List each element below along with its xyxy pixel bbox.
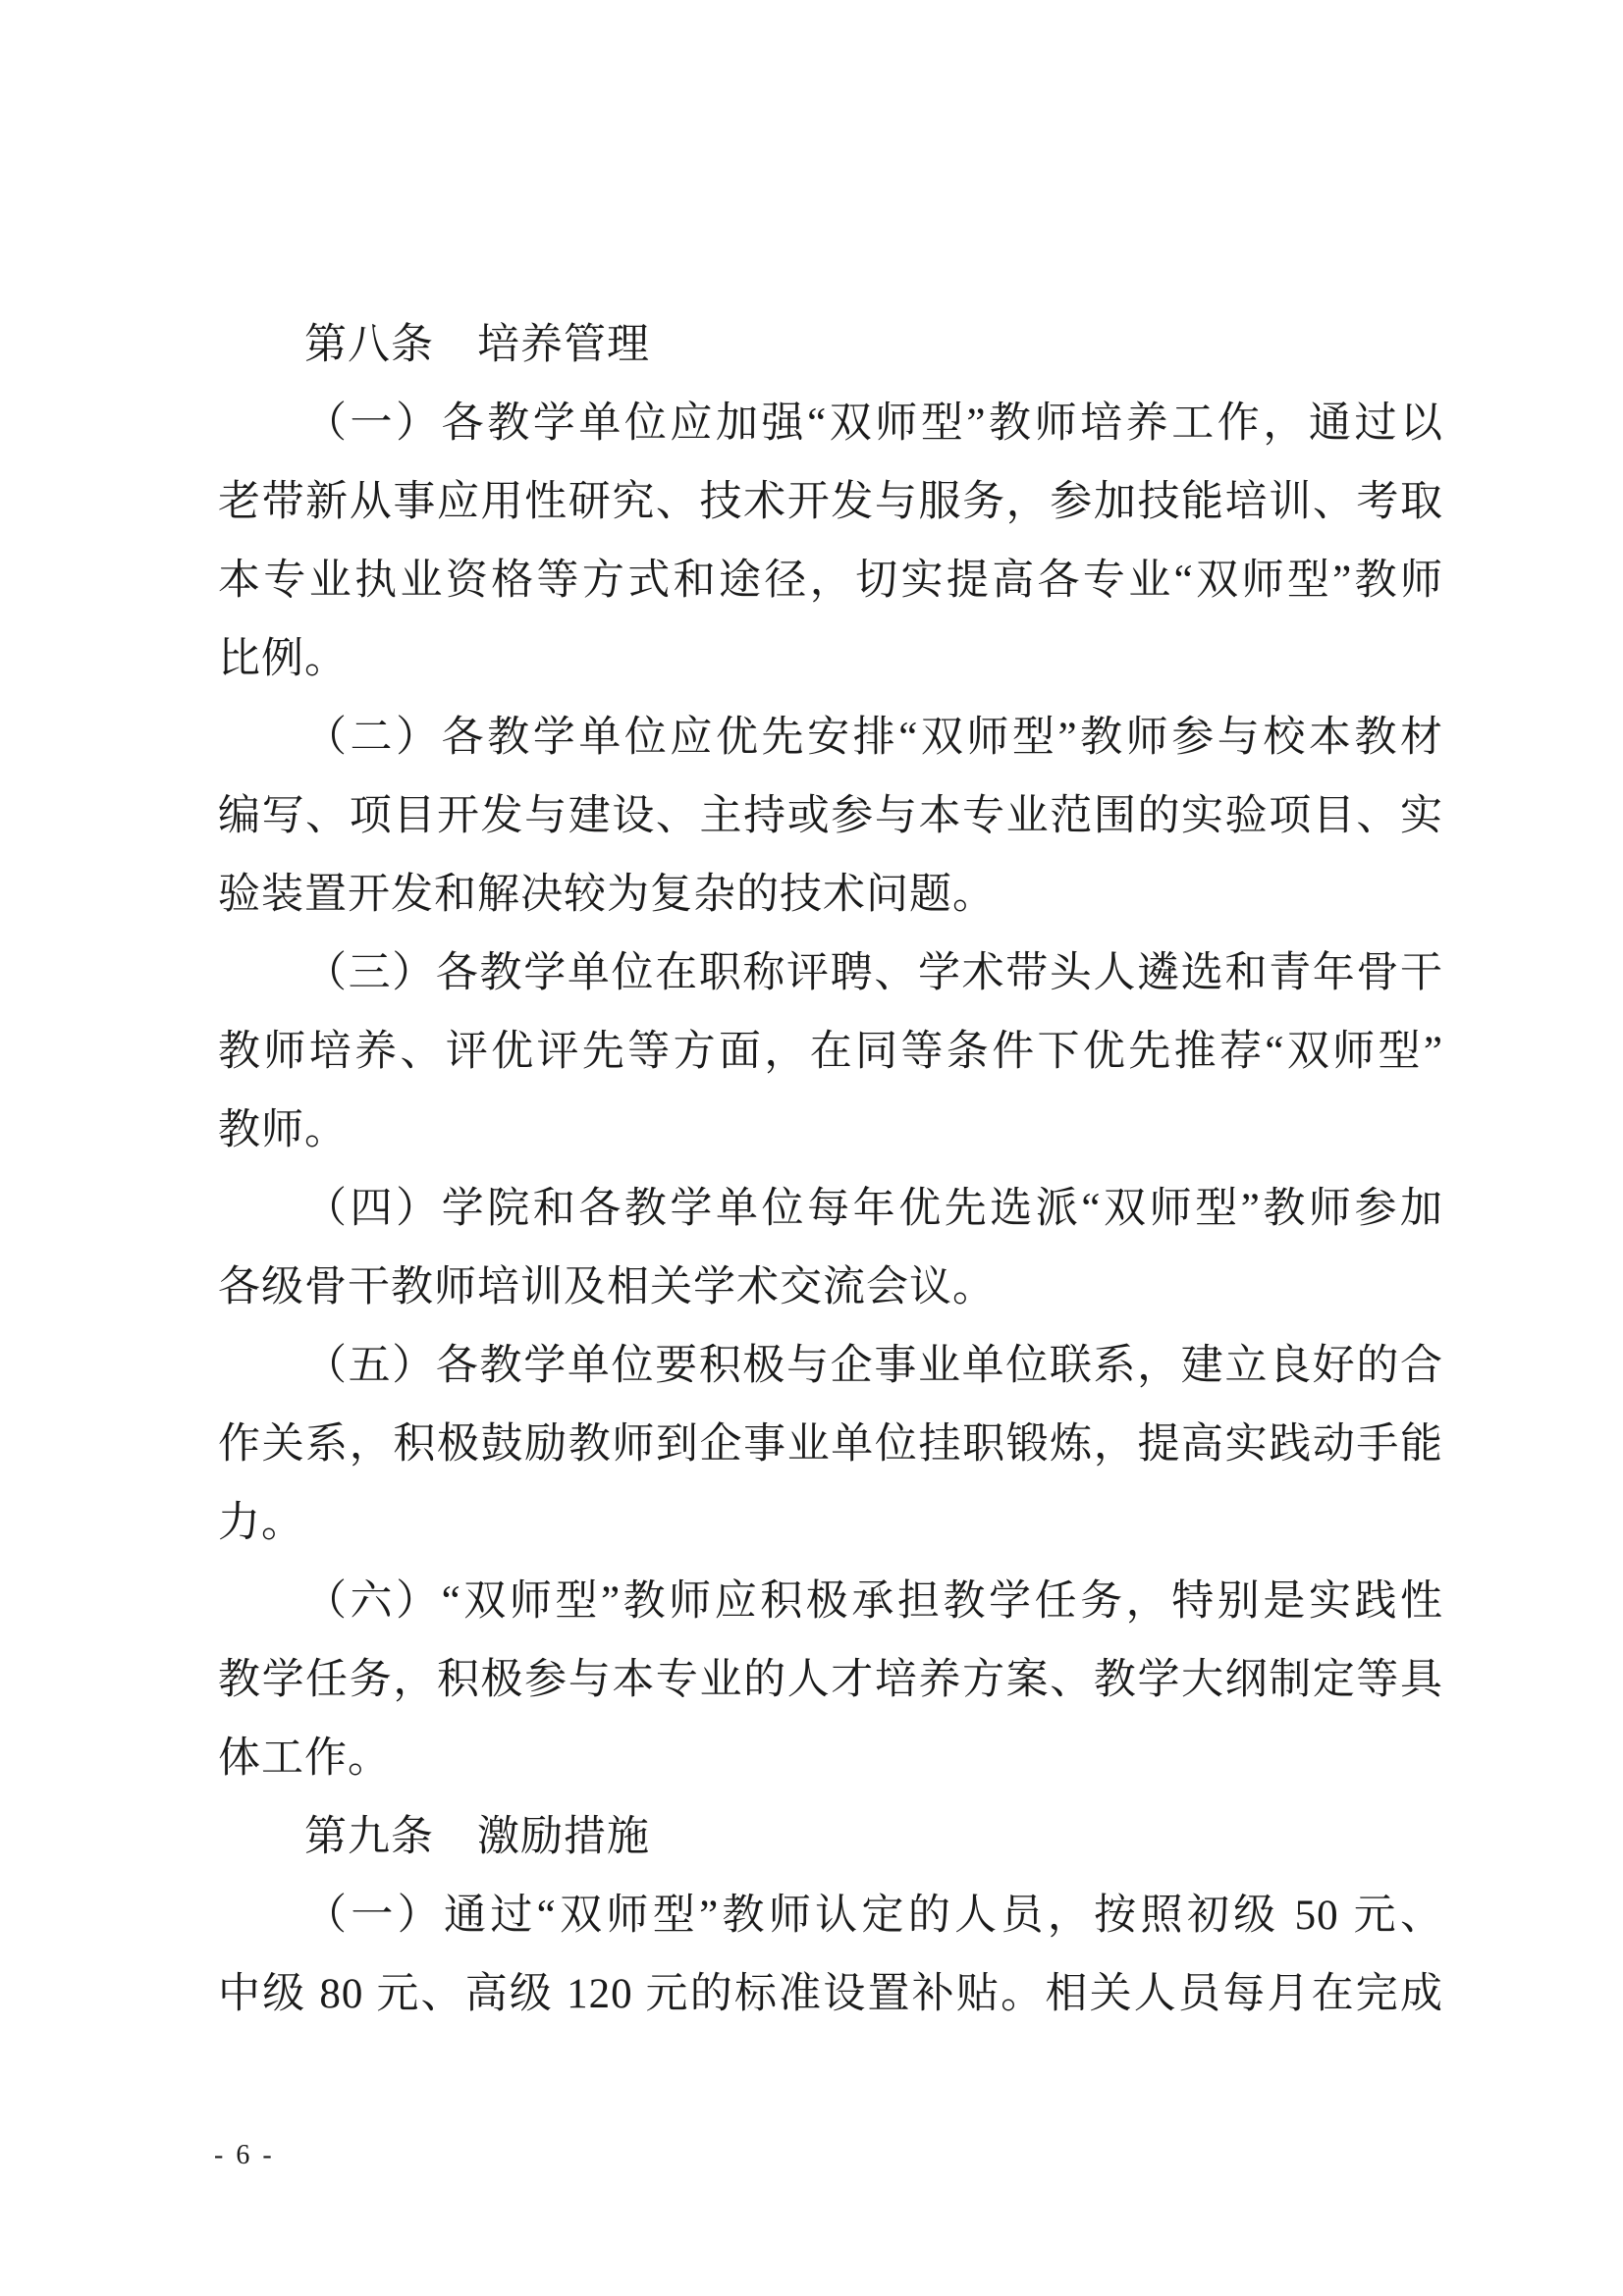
text-line: 教师培养、评优评先等方面，在同等条件下优先推荐“双师型” (218, 1013, 1443, 1092)
document-body: 第八条 培养管理（一）各教学单位应加强“双师型”教师培养工作，通过以老带新从事应… (218, 306, 1443, 2034)
text-line: 编写、项目开发与建设、主持或参与本专业范围的实验项目、实 (218, 777, 1443, 856)
text-line: 比例。 (218, 620, 1443, 699)
text-line: 教师。 (218, 1092, 1443, 1170)
text-line: 作关系，积极鼓励教师到企事业单位挂职锻炼，提高实践动手能 (218, 1406, 1443, 1484)
text-line: （一）各教学单位应加强“双师型”教师培养工作，通过以 (218, 385, 1443, 463)
text-line: （一）通过“双师型”教师认定的人员，按照初级 50 元、 (218, 1877, 1443, 1955)
document-page: 第八条 培养管理（一）各教学单位应加强“双师型”教师培养工作，通过以老带新从事应… (0, 0, 1623, 2296)
text-line: 力。 (218, 1484, 1443, 1563)
text-line: （四）学院和各教学单位每年优先选派“双师型”教师参加 (218, 1170, 1443, 1249)
text-line: 中级 80 元、高级 120 元的标准设置补贴。相关人员每月在完成 (218, 1955, 1443, 2034)
article-heading: 第九条 激励措施 (218, 1798, 1443, 1877)
page-number: - 6 - (214, 2140, 275, 2171)
article-heading: 第八条 培养管理 (218, 306, 1443, 385)
text-line: （六）“双师型”教师应积极承担教学任务，特别是实践性 (218, 1563, 1443, 1641)
text-line: 验装置开发和解决较为复杂的技术问题。 (218, 856, 1443, 934)
text-line: 教学任务，积极参与本专业的人才培养方案、教学大纲制定等具 (218, 1641, 1443, 1720)
text-line: 老带新从事应用性研究、技术开发与服务，参加技能培训、考取 (218, 463, 1443, 542)
text-line: （三）各教学单位在职称评聘、学术带头人遴选和青年骨干 (218, 934, 1443, 1013)
text-line: 体工作。 (218, 1720, 1443, 1798)
text-line: 各级骨干教师培训及相关学术交流会议。 (218, 1249, 1443, 1327)
text-line: （五）各教学单位要积极与企事业单位联系，建立良好的合 (218, 1327, 1443, 1406)
text-line: （二）各教学单位应优先安排“双师型”教师参与校本教材 (218, 699, 1443, 777)
text-line: 本专业执业资格等方式和途径，切实提高各专业“双师型”教师 (218, 542, 1443, 620)
